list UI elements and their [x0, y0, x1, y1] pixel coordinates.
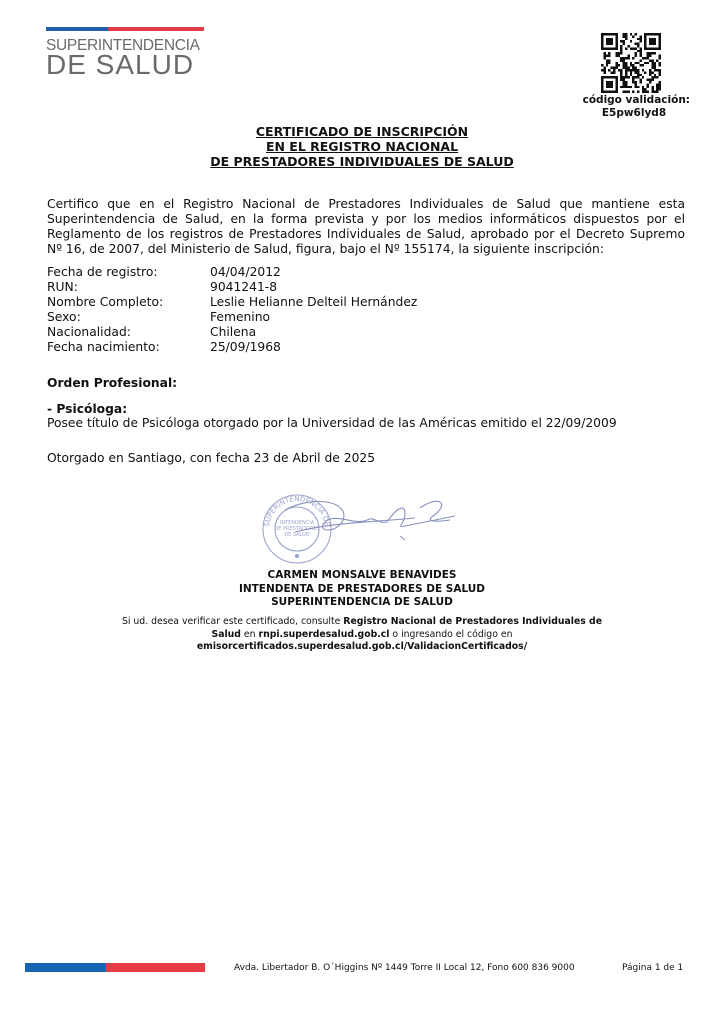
svg-text:DE SALUD: DE SALUD: [284, 532, 309, 538]
verify-text: o ingresando el código en: [389, 629, 512, 640]
signature-stamp-area: SUPERINTENDENCIA DE SALUD INTENDENCIA DE…: [255, 492, 460, 567]
verify-text: Si ud. desea verificar este certificado,…: [122, 616, 343, 627]
profession-title: - Psicóloga:: [47, 402, 685, 417]
validation-code-block: código validación: E5pw6lyd8: [560, 94, 690, 120]
verification-notice: Si ud. desea verificar este certificado,…: [120, 616, 604, 654]
qr-code-icon: [601, 33, 661, 93]
field-row: Fecha de registro:04/04/2012: [47, 265, 685, 280]
field-label: Fecha nacimiento:: [47, 340, 210, 355]
orden-profesional-label: Orden Profesional:: [47, 376, 685, 391]
validation-link[interactable]: emisorcertificados.superdesalud.gob.cl/V…: [197, 641, 527, 652]
footer-address: Avda. Libertador B. O´Higgins Nº 1449 To…: [234, 962, 575, 974]
field-value: Chilena: [210, 325, 256, 340]
field-value: Leslie Helianne Delteil Hernández: [210, 295, 417, 310]
field-row: Nombre Completo:Leslie Helianne Delteil …: [47, 295, 685, 310]
title-line-1: CERTIFICADO DE INSCRIPCIÓN: [256, 124, 468, 139]
signer-block: CARMEN MONSALVE BENAVIDES INTENDENTA DE …: [0, 569, 724, 610]
issued-statement: Otorgado en Santiago, con fecha 23 de Ab…: [47, 451, 685, 466]
signer-name: CARMEN MONSALVE BENAVIDES: [0, 569, 724, 583]
field-label: Sexo:: [47, 310, 210, 325]
field-label: Nombre Completo:: [47, 295, 210, 310]
superintendencia-logo: SUPERINTENDENCIA DE SALUD: [46, 27, 204, 77]
verify-text: en: [241, 629, 259, 640]
signer-institution: SUPERINTENDENCIA DE SALUD: [0, 596, 724, 610]
field-value: Femenino: [210, 310, 270, 325]
validation-label: código validación:: [560, 94, 690, 107]
field-row: RUN:9041241-8: [47, 280, 685, 295]
field-value: 9041241-8: [210, 280, 277, 295]
field-row: Fecha nacimiento:25/09/1968: [47, 340, 685, 355]
title-line-3: DE PRESTADORES INDIVIDUALES DE SALUD: [210, 154, 513, 169]
field-row: Nacionalidad:Chilena: [47, 325, 685, 340]
field-value: 25/09/1968: [210, 340, 281, 355]
field-value: 04/04/2012: [210, 265, 281, 280]
validation-code: E5pw6lyd8: [560, 107, 690, 120]
logo-line-2: DE SALUD: [46, 53, 204, 77]
field-label: Fecha de registro:: [47, 265, 210, 280]
intro-paragraph: Certifico que en el Registro Nacional de…: [47, 197, 685, 257]
title-line-2: EN EL REGISTRO NACIONAL: [266, 139, 458, 154]
registration-fields: Fecha de registro:04/04/2012RUN:9041241-…: [47, 265, 685, 355]
rnpi-link[interactable]: rnpi.superdesalud.gob.cl: [259, 629, 390, 640]
certificate-title: CERTIFICADO DE INSCRIPCIÓN EN EL REGISTR…: [0, 124, 724, 169]
field-label: RUN:: [47, 280, 210, 295]
profession-description: Posee título de Psicóloga otorgado por l…: [47, 416, 685, 431]
signer-position: INTENDENTA DE PRESTADORES DE SALUD: [0, 583, 724, 597]
page-number: Página 1 de 1: [622, 962, 683, 974]
logo-color-bar: [46, 27, 204, 31]
field-label: Nacionalidad:: [47, 325, 210, 340]
field-row: Sexo:Femenino: [47, 310, 685, 325]
footer-color-bar: [25, 963, 205, 972]
